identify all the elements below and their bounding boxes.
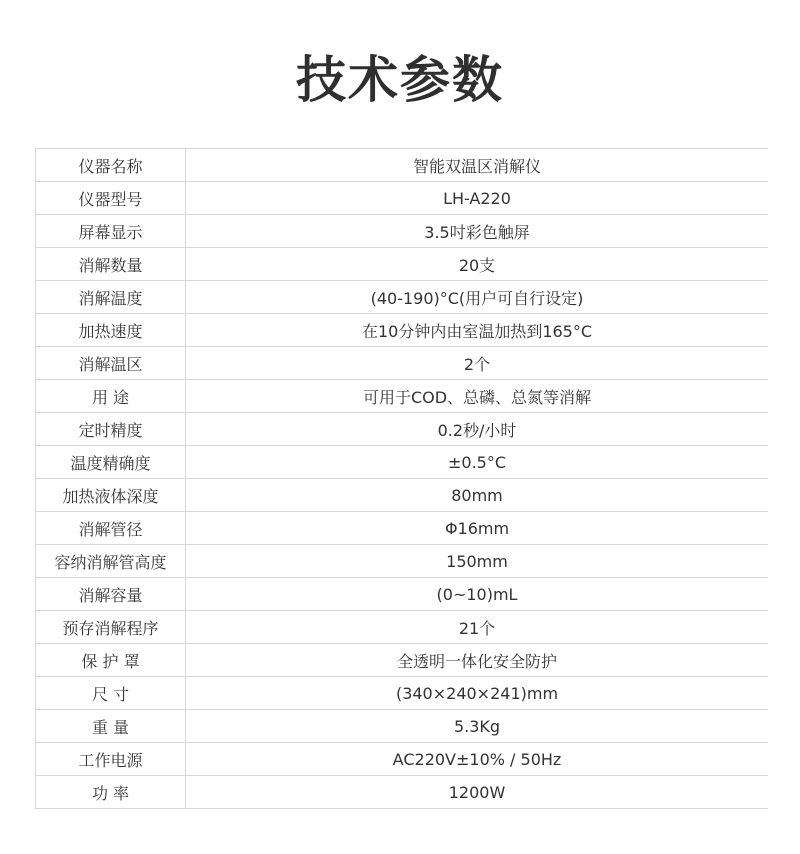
spec-label: 消解数量 [36, 248, 186, 281]
spec-label: 工作电源 [36, 743, 186, 776]
spec-value: 智能双温区消解仪 [186, 149, 769, 182]
spec-label: 加热速度 [36, 314, 186, 347]
spec-value: 3.5吋彩色触屏 [186, 215, 769, 248]
table-row: 保 护 罩 全透明一体化安全防护 [36, 644, 769, 677]
spec-value: AC220V±10% / 50Hz [186, 743, 769, 776]
table-row: 消解数量 20支 [36, 248, 769, 281]
spec-label: 消解温区 [36, 347, 186, 380]
spec-value: 20支 [186, 248, 769, 281]
spec-table-body: 仪器名称 智能双温区消解仪 仪器型号 LH-A220 屏幕显示 3.5吋彩色触屏… [36, 149, 769, 809]
spec-value: 80mm [186, 479, 769, 512]
spec-value: 1200W [186, 776, 769, 809]
table-row: 温度精确度 ±0.5°C [36, 446, 769, 479]
spec-value: 150mm [186, 545, 769, 578]
table-row: 功 率 1200W [36, 776, 769, 809]
spec-value: 21个 [186, 611, 769, 644]
table-row: 消解温度 (40-190)°C(用户可自行设定) [36, 281, 769, 314]
spec-table: 仪器名称 智能双温区消解仪 仪器型号 LH-A220 屏幕显示 3.5吋彩色触屏… [35, 148, 768, 809]
spec-label: 用 途 [36, 380, 186, 413]
table-row: 仪器型号 LH-A220 [36, 182, 769, 215]
spec-value: (40-190)°C(用户可自行设定) [186, 281, 769, 314]
spec-value: 在10分钟内由室温加热到165°C [186, 314, 769, 347]
spec-value: 全透明一体化安全防护 [186, 644, 769, 677]
table-row: 消解温区 2个 [36, 347, 769, 380]
spec-value: 可用于COD、总磷、总氮等消解 [186, 380, 769, 413]
spec-label: 仪器型号 [36, 182, 186, 215]
spec-label: 尺 寸 [36, 677, 186, 710]
table-row: 加热液体深度 80mm [36, 479, 769, 512]
table-row: 定时精度 0.2秒/小时 [36, 413, 769, 446]
spec-value: (340×240×241)mm [186, 677, 769, 710]
spec-label: 消解容量 [36, 578, 186, 611]
table-row: 工作电源 AC220V±10% / 50Hz [36, 743, 769, 776]
spec-label: 容纳消解管高度 [36, 545, 186, 578]
table-row: 用 途 可用于COD、总磷、总氮等消解 [36, 380, 769, 413]
spec-label: 定时精度 [36, 413, 186, 446]
table-row: 屏幕显示 3.5吋彩色触屏 [36, 215, 769, 248]
table-row: 仪器名称 智能双温区消解仪 [36, 149, 769, 182]
spec-label: 屏幕显示 [36, 215, 186, 248]
table-row: 重 量 5.3Kg [36, 710, 769, 743]
spec-label: 功 率 [36, 776, 186, 809]
page-title: 技术参数 [0, 50, 800, 110]
spec-label: 消解管径 [36, 512, 186, 545]
spec-label: 仪器名称 [36, 149, 186, 182]
table-row: 尺 寸 (340×240×241)mm [36, 677, 769, 710]
spec-value: 0.2秒/小时 [186, 413, 769, 446]
spec-value: ±0.5°C [186, 446, 769, 479]
spec-label: 重 量 [36, 710, 186, 743]
spec-label: 保 护 罩 [36, 644, 186, 677]
table-row: 消解容量 (0~10)mL [36, 578, 769, 611]
table-row: 加热速度 在10分钟内由室温加热到165°C [36, 314, 769, 347]
spec-value: (0~10)mL [186, 578, 769, 611]
table-row: 消解管径 Φ16mm [36, 512, 769, 545]
spec-value: Φ16mm [186, 512, 769, 545]
spec-value: LH-A220 [186, 182, 769, 215]
spec-label: 消解温度 [36, 281, 186, 314]
spec-label: 加热液体深度 [36, 479, 186, 512]
spec-label: 预存消解程序 [36, 611, 186, 644]
table-row: 预存消解程序 21个 [36, 611, 769, 644]
spec-value: 2个 [186, 347, 769, 380]
table-row: 容纳消解管高度 150mm [36, 545, 769, 578]
spec-label: 温度精确度 [36, 446, 186, 479]
spec-value: 5.3Kg [186, 710, 769, 743]
